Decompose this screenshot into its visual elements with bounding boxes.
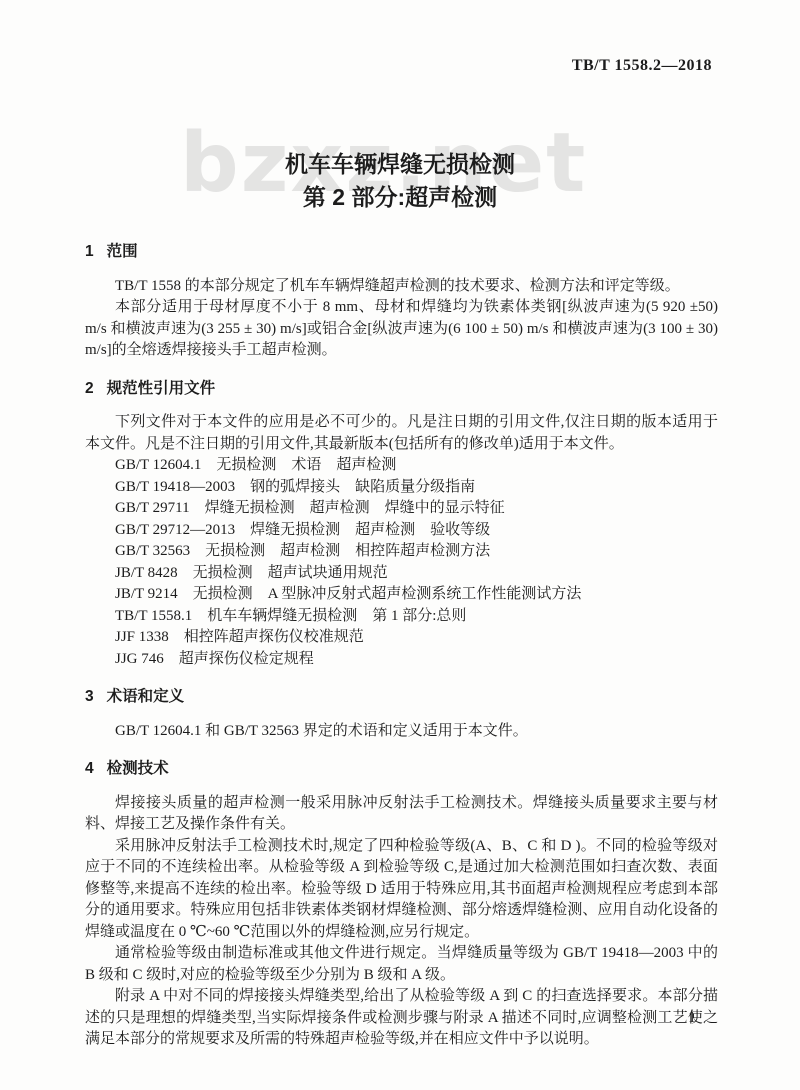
section-number: 1 [85, 243, 94, 260]
document-page: TB/T 1558.2—2018 bzxz.net 机车车辆焊缝无损检测 第 2… [0, 0, 800, 1090]
section-heading-terms-definitions: 3术语和定义 [85, 686, 718, 708]
section-title: 范围 [107, 243, 138, 260]
section-title: 术语和定义 [107, 688, 185, 705]
section-number: 4 [85, 760, 94, 777]
reference-item: GB/T 12604.1 无损检测 术语 超声检测 [85, 455, 718, 477]
paragraph: 焊接接头质量的超声检测一般采用脉冲反射法手工检测技术。焊缝接头质量要求主要与材料… [85, 793, 718, 836]
paragraph: 通常检验等级由制造标准或其他文件进行规定。当焊缝质量等级为 GB/T 19418… [85, 943, 718, 986]
paragraph: 附录 A 中对不同的焊接接头焊缝类型,给出了从检验等级 A 到 C 的扫查选择要… [85, 986, 718, 1051]
document-title: 机车车辆焊缝无损检测 第 2 部分:超声检测 [0, 148, 800, 214]
paragraph: GB/T 12604.1 和 GB/T 32563 界定的术语和定义适用于本文件… [85, 721, 718, 743]
document-title-line2: 第 2 部分:超声检测 [0, 181, 800, 214]
section-heading-scope: 1范围 [85, 241, 718, 263]
paragraph: 采用脉冲反射法手工检测技术时,规定了四种检验等级(A、B、C 和 D )。不同的… [85, 836, 718, 944]
reference-item: GB/T 32563 无损检测 超声检测 相控阵超声检测方法 [85, 541, 718, 563]
section-heading-normative-references: 2规范性引用文件 [85, 378, 718, 400]
paragraph: 本部分适用于母材厚度不小于 8 mm、母材和焊缝均为铁素体类钢[纵波声速为(5 … [85, 297, 718, 362]
document-body: 1范围 TB/T 1558 的本部分规定了机车车辆焊缝超声检测的技术要求、检测方… [85, 241, 718, 1051]
paragraph: 下列文件对于本文件的应用是必不可少的。凡是注日期的引用文件,仅注日期的版本适用于… [85, 412, 718, 455]
reference-item: JB/T 9214 无损检测 A 型脉冲反射式超声检测系统工作性能测试方法 [85, 584, 718, 606]
section-number: 3 [85, 688, 94, 705]
standard-code: TB/T 1558.2—2018 [572, 57, 712, 75]
section-heading-testing-technique: 4检测技术 [85, 758, 718, 780]
reference-item: GB/T 29711 焊缝无损检测 超声检测 焊缝中的显示特征 [85, 498, 718, 520]
reference-item: GB/T 19418—2003 钢的弧焊接头 缺陷质量分级指南 [85, 477, 718, 499]
document-title-line1: 机车车辆焊缝无损检测 [0, 148, 800, 181]
reference-item: JJG 746 超声探伤仪检定规程 [85, 649, 718, 671]
reference-item: TB/T 1558.1 机车车辆焊缝无损检测 第 1 部分:总则 [85, 606, 718, 628]
section-number: 2 [85, 380, 94, 397]
section-title: 检测技术 [107, 760, 169, 777]
paragraph: TB/T 1558 的本部分规定了机车车辆焊缝超声检测的技术要求、检测方法和评定… [85, 276, 718, 298]
reference-item: JB/T 8428 无损检测 超声试块通用规范 [85, 563, 718, 585]
reference-item: JJF 1338 相控阵超声探伤仪校准规范 [85, 627, 718, 649]
section-title: 规范性引用文件 [107, 380, 216, 397]
reference-item: GB/T 29712—2013 焊缝无损检测 超声检测 验收等级 [85, 520, 718, 542]
